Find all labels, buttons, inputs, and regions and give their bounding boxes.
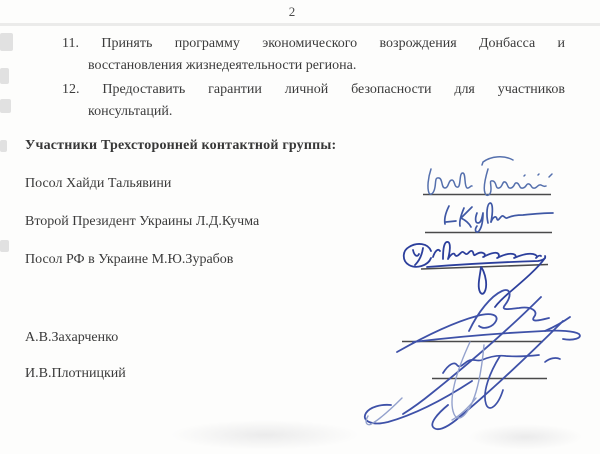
faded-ink-strokes bbox=[366, 342, 484, 425]
tagliavini-signature-icon bbox=[428, 157, 552, 196]
kuchma-signature-icon bbox=[445, 203, 553, 232]
document-page: 2 11. Принять программу экономического в… bbox=[0, 0, 600, 454]
zurabov-signature-icon bbox=[404, 242, 545, 307]
signatures-overlay bbox=[0, 0, 600, 454]
